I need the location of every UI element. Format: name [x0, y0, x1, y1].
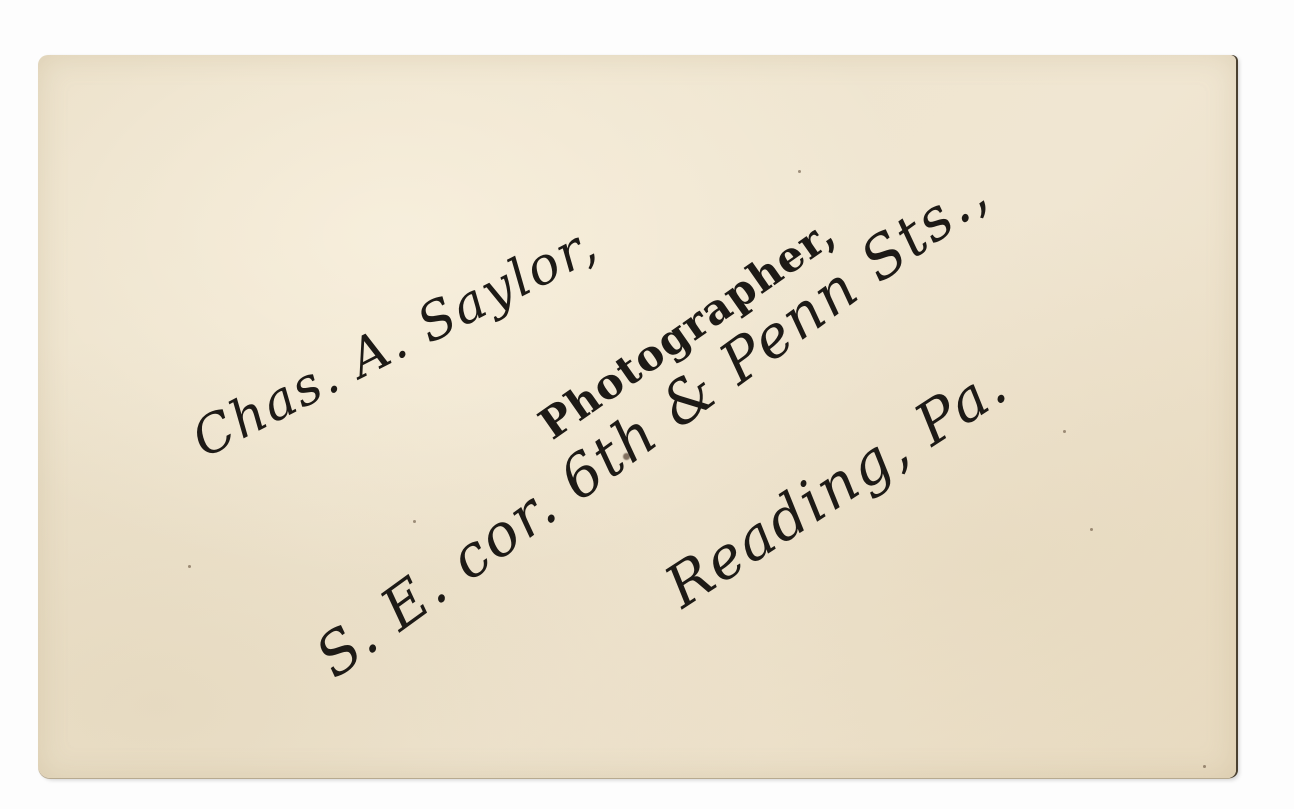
speck: [1090, 528, 1093, 531]
speck: [413, 520, 416, 523]
photographer-card: Chas. A. Saylor, Photographer, S. E. cor…: [38, 55, 1236, 778]
photographer-name: Chas. A. Saylor,: [183, 214, 608, 470]
speck: [188, 565, 191, 568]
speck: [1203, 765, 1206, 768]
speck: [1063, 430, 1066, 433]
speck: [798, 170, 801, 173]
